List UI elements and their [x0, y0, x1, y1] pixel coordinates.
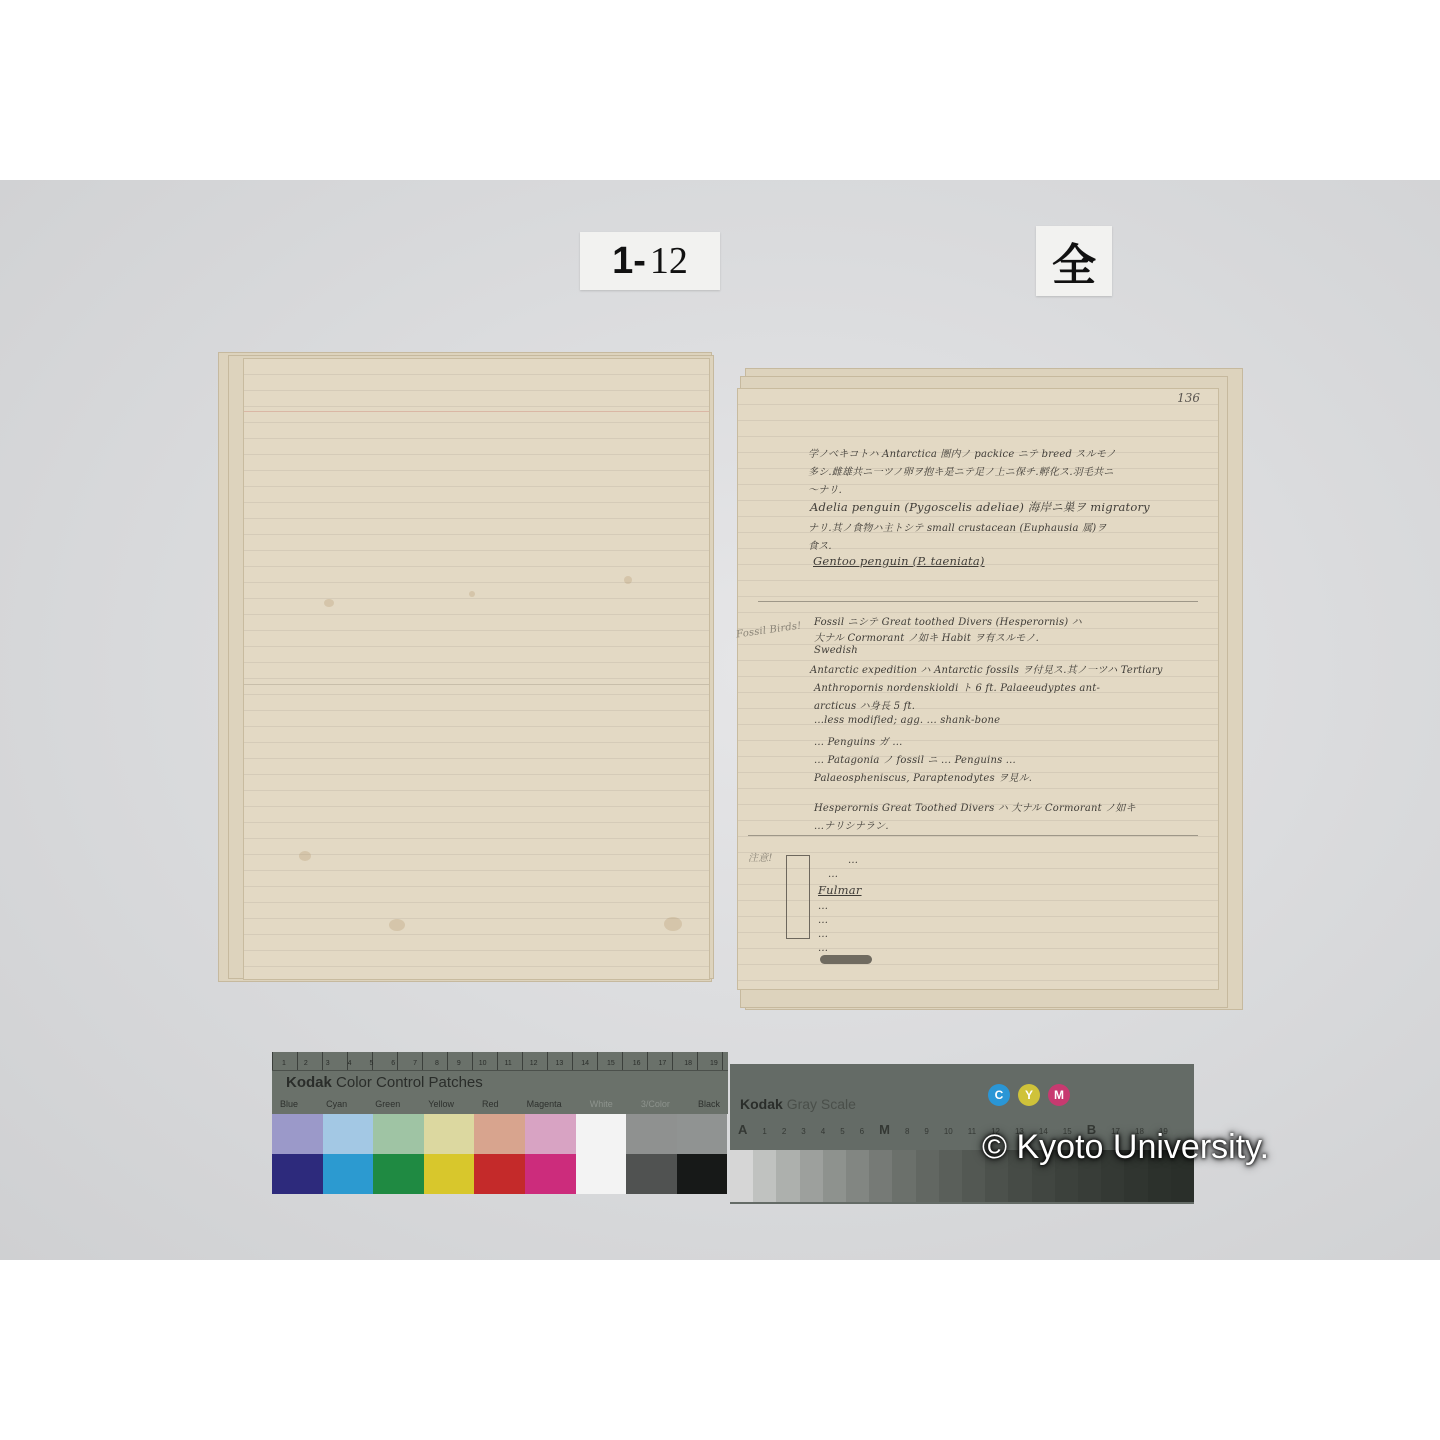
ruler-scale: 12345678910111213141516171819: [272, 1052, 728, 1071]
patch-column: [323, 1114, 374, 1194]
patch-name: Magenta: [527, 1099, 562, 1109]
gray-step: [823, 1150, 846, 1202]
handwritten-line: ...: [848, 855, 858, 866]
patch-column: [626, 1114, 677, 1194]
handwritten-line: ナリ.其ノ食物ハ主トシテ small crustacean (Euphausia…: [808, 519, 1107, 534]
gray-scale-title: Kodak Gray Scale: [740, 1096, 856, 1112]
handwritten-line: ...less modified; agg. ... shank-bone: [814, 715, 1000, 726]
handwritten-line: ...: [818, 943, 828, 954]
gray-step: [939, 1150, 962, 1202]
gray-step: [846, 1150, 869, 1202]
handwritten-line: Antarctic expedition ハ Antarctic fossils…: [810, 661, 1163, 676]
handwritten-line: ...: [818, 929, 828, 940]
handwritten-line: ...: [828, 869, 838, 880]
handwritten-line: 多シ.雌雄共ニ一ツノ卵ヲ抱キ是ニテ足ノ上ニ保チ.孵化ス.羽毛共ニ: [808, 463, 1114, 478]
gray-step: [916, 1150, 939, 1202]
catalog-number-label: 1- 12: [580, 232, 720, 290]
patch-name: White: [590, 1099, 613, 1109]
copyright-watermark: © Kyoto University.: [982, 1128, 1269, 1167]
handwritten-line: ...ナリシナラン.: [814, 817, 889, 832]
gray-step: [869, 1150, 892, 1202]
scale-label: 11: [968, 1127, 976, 1136]
handwritten-line: arcticus ハ身長 5 ft.: [814, 697, 915, 712]
color-chart-title: Kodak Color Control Patches: [286, 1074, 483, 1091]
left-blank-page: [243, 358, 710, 980]
catalog-number-prefix: 1-: [612, 240, 646, 283]
handwritten-line: Anthropornis nordenskioldi ト 6 ft. Palae…: [814, 679, 1100, 694]
scale-label: 1: [762, 1127, 766, 1136]
gray-step: [753, 1150, 776, 1202]
handwritten-line: ...: [818, 915, 828, 926]
divider-line: [748, 835, 1198, 836]
scale-label: 10: [944, 1127, 953, 1136]
color-patch: [677, 1154, 728, 1194]
kodak-color-control-patches: 12345678910111213141516171819 Kodak Colo…: [272, 1052, 728, 1194]
cym-marker: Y: [1018, 1084, 1040, 1106]
color-patch: [525, 1114, 576, 1154]
handwritten-line: 食ス.: [808, 537, 832, 552]
color-patch: [576, 1154, 627, 1194]
margin-line: [244, 411, 709, 412]
handwritten-line: Palaeospheniscus, Paraptenodytes ヲ見ル.: [814, 769, 1032, 784]
foxing-stain: [469, 591, 475, 597]
handwritten-line: Swedish: [814, 645, 858, 656]
handwritten-line: ...: [818, 901, 828, 912]
handwritten-line: 〜ナリ.: [808, 481, 842, 496]
fulmar-heading: Fulmar: [818, 883, 862, 897]
scale-label: 2: [782, 1127, 786, 1136]
patch-column: [576, 1114, 627, 1194]
scribbled-out-text: [820, 955, 872, 964]
handwritten-line: Gentoo penguin (P. taeniata): [813, 554, 985, 568]
scale-label: 6: [860, 1127, 864, 1136]
color-patch: [474, 1154, 525, 1194]
handwritten-line: 学ノベキコトハ Antarctica 圏内ノ packice ニテ breed …: [808, 445, 1116, 460]
foxing-stain: [389, 919, 405, 931]
color-patch: [323, 1154, 374, 1194]
divider-line: [758, 601, 1198, 602]
scale-label: 5: [840, 1127, 844, 1136]
patch-column: [424, 1114, 475, 1194]
patch-column: [677, 1114, 728, 1194]
patch-column: [474, 1114, 525, 1194]
scale-label: 3: [801, 1127, 805, 1136]
cym-marker: M: [1048, 1084, 1070, 1106]
handwritten-line: Hesperornis Great Toothed Divers ハ 大ナル C…: [814, 799, 1136, 814]
color-patch: [474, 1114, 525, 1154]
foxing-stain: [624, 576, 632, 584]
handwritten-line: ... Penguins ガ ...: [814, 733, 902, 748]
gray-step: [892, 1150, 915, 1202]
patch-name: Red: [482, 1099, 499, 1109]
page-number: 136: [1177, 391, 1200, 405]
handwritten-line: Fossil ニシテ Great toothed Divers (Hespero…: [814, 613, 1082, 628]
foxing-stain: [324, 599, 334, 607]
foxing-stain: [299, 851, 311, 861]
patch-name: Yellow: [428, 1099, 454, 1109]
handwritten-line: ... Patagonia ノ fossil ニ ... Penguins ..…: [814, 751, 1016, 766]
patch-column: [373, 1114, 424, 1194]
foxing-stain: [664, 917, 682, 931]
gray-step: [776, 1150, 799, 1202]
color-patch: [272, 1154, 323, 1194]
scale-label: 9: [924, 1127, 928, 1136]
patch-name: Blue: [280, 1099, 298, 1109]
color-patches: [272, 1114, 727, 1194]
patch-name: 3/Color: [641, 1099, 670, 1109]
scale-label: 4: [821, 1127, 825, 1136]
color-patch: [272, 1114, 323, 1154]
archival-photo: 1- 12 全 136 学ノベキコトハ Antarctica 圏内ノ packi…: [0, 180, 1440, 1260]
scale-label: 8: [905, 1127, 909, 1136]
color-patch: [525, 1154, 576, 1194]
gray-step: [730, 1150, 753, 1202]
color-patch: [373, 1114, 424, 1154]
patch-name: Green: [375, 1099, 400, 1109]
patch-name-row: Blue Cyan Green Yellow Red Magenta White…: [280, 1099, 720, 1109]
patch-name: Black: [698, 1099, 720, 1109]
fold-crease: [244, 684, 709, 685]
scale-label: A: [738, 1122, 747, 1137]
patch-column: [525, 1114, 576, 1194]
color-patch: [626, 1154, 677, 1194]
patch-column: [272, 1114, 323, 1194]
patch-name: Cyan: [326, 1099, 347, 1109]
handwritten-line: Adelia penguin (Pygoscelis adeliae) 海岸ニ巣…: [810, 499, 1150, 515]
cym-marker: C: [988, 1084, 1010, 1106]
scale-label: M: [879, 1122, 890, 1137]
color-patch: [424, 1114, 475, 1154]
color-patch: [677, 1114, 728, 1154]
volume-mark-label: 全: [1036, 226, 1112, 296]
margin-note: 注意!: [748, 849, 773, 864]
cym-markers: CYM: [988, 1084, 1070, 1106]
right-handwritten-page: 136 学ノベキコトハ Antarctica 圏内ノ packice ニテ br…: [737, 388, 1219, 990]
boxed-margin-note: [786, 855, 810, 939]
gray-step: [800, 1150, 823, 1202]
margin-note: Fossil Birds!: [736, 620, 803, 640]
catalog-number-suffix: 12: [650, 239, 688, 283]
color-chart-header: 12345678910111213141516171819 Kodak Colo…: [272, 1052, 728, 1114]
color-patch: [373, 1154, 424, 1194]
color-patch: [424, 1154, 475, 1194]
color-patch: [626, 1114, 677, 1154]
handwritten-line: 大ナル Cormorant ノ如キ Habit ヲ有スルモノ.: [814, 629, 1039, 644]
color-patch: [323, 1114, 374, 1154]
color-patch: [576, 1114, 627, 1154]
